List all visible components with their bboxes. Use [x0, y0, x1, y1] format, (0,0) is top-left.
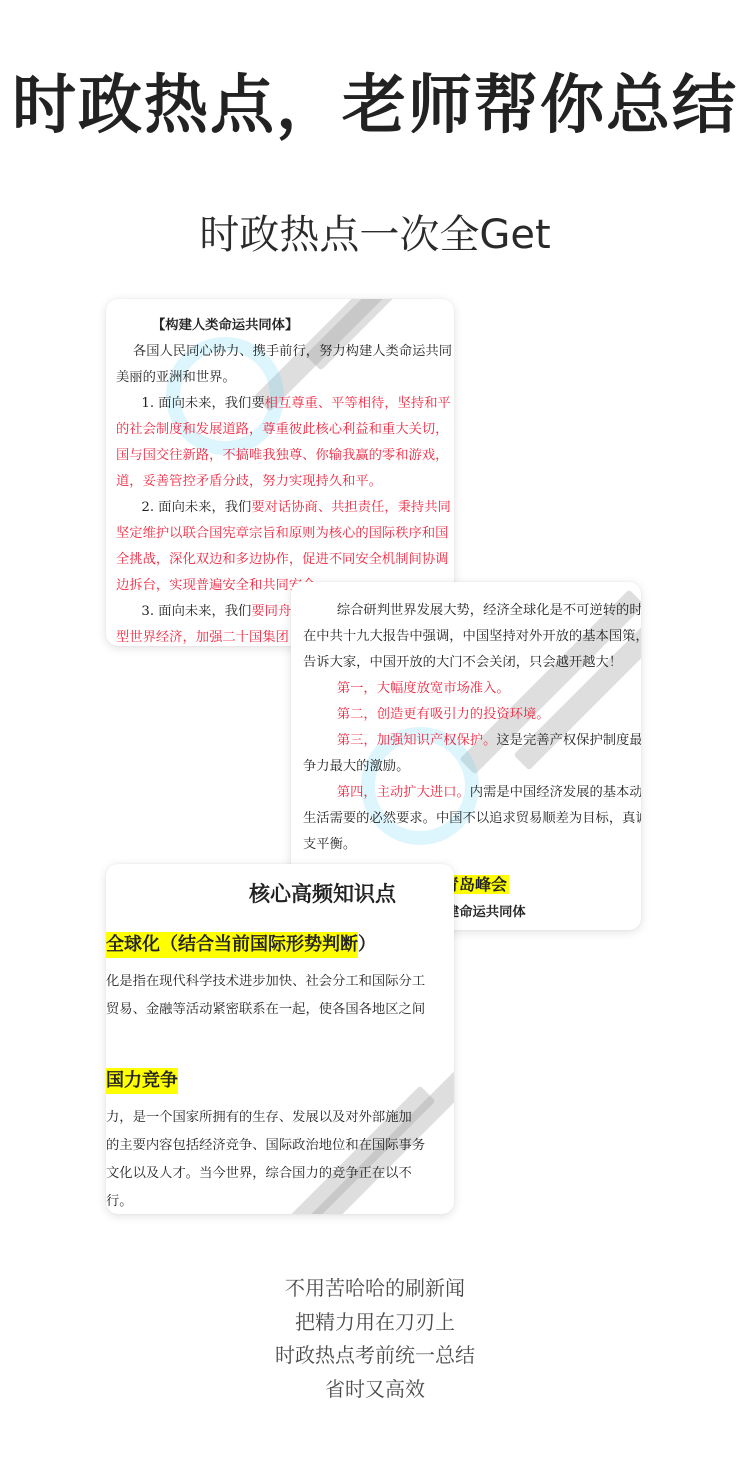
emphasis-text: 坚定维护以联合国宪章宗旨和原则为核心的国际秩序和国	[116, 526, 448, 541]
body-line: 文化以及人才。当今世界，综合国力的竞争正在以不	[106, 1160, 454, 1188]
card3-heading: 核心高频知识点	[106, 880, 454, 908]
emphasis-text: 道，妥善管控矛盾分歧，努力实现持久和平。	[116, 474, 382, 489]
doc-line: 生活需要的必然要求。中国不以追求贸易顺差为目标，真诚	[303, 806, 641, 832]
card1-title: 【构建人类命运共同体】	[116, 313, 454, 339]
body-text: 生活需要的必然要求。中国不以追求贸易顺差为目标，真诚	[303, 811, 641, 826]
doc-line: 争力最大的激励。	[303, 754, 641, 780]
card2-lines: 综合研判世界发展大势，经济全球化是不可逆转的时代在中共十九大报告中强调，中国坚持…	[303, 598, 641, 858]
emphasis-text: 相互尊重、平等相待，坚持和平	[265, 396, 451, 411]
topic-title-highlight: 全球化（结合当前国际形势判断	[106, 932, 358, 958]
page-headline: 时政热点，老师帮你总结	[0, 68, 750, 144]
emphasis-text: 第三，加强知识产权保护。	[303, 733, 496, 748]
body-line: 力，是一个国家所拥有的生存、发展以及对外部施加	[106, 1104, 454, 1132]
emphasis-text: 第一，大幅度放宽市场准入。	[303, 681, 510, 696]
doc-line: 全挑战，深化双边和多边协作，促进不同安全机制间协调	[116, 547, 454, 573]
doc-line: 美丽的亚洲和世界。	[116, 365, 454, 391]
body-text: 美丽的亚洲和世界。	[116, 370, 236, 385]
topic-title-tail: ）	[358, 932, 376, 958]
doc-line: 坚定维护以联合国宪章宗旨和原则为核心的国际秩序和国	[116, 521, 454, 547]
body-text: 在中共十九大报告中强调，中国坚持对外开放的基本国策，	[303, 629, 641, 644]
footer-line: 不用苦哈哈的刷新闻	[0, 1272, 750, 1306]
body-text: 综合研判世界发展大势，经济全球化是不可逆转的时代	[303, 603, 641, 618]
body-text: 3. 面向未来，我们	[116, 604, 251, 619]
doc-line: 综合研判世界发展大势，经济全球化是不可逆转的时代	[303, 598, 641, 624]
doc-line: 第四，主动扩大进口。内需是中国经济发展的基本动力	[303, 780, 641, 806]
topic-globalization: 全球化（结合当前国际形势判断）	[106, 932, 454, 958]
body-line: 化是指在现代科学技术进步加快、社会分工和国际分工	[106, 968, 454, 996]
doc-line: 告诉大家，中国开放的大门不会关闭，只会越开越大！	[303, 650, 641, 676]
emphasis-text: 第四，主动扩大进口。	[303, 785, 470, 800]
doc-line: 第三，加强知识产权保护。这是完善产权保护制度最重	[303, 728, 641, 754]
topic1-body: 化是指在现代科学技术进步加快、社会分工和国际分工 贸易、金融等活动紧密联系在一起…	[106, 968, 454, 1024]
doc-line: 在中共十九大报告中强调，中国坚持对外开放的基本国策，	[303, 624, 641, 650]
body-text: 2. 面向未来，我们	[116, 500, 251, 515]
emphasis-text: 国与国交往新路，不搞唯我独尊、你输我赢的零和游戏，	[116, 448, 448, 463]
card3-content: 核心高频知识点 全球化（结合当前国际形势判断） 化是指在现代科学技术进步加快、社…	[106, 864, 454, 1214]
footer-line: 把精力用在刀刃上	[0, 1306, 750, 1340]
notes-card-key-points: 核心高频知识点 全球化（结合当前国际形势判断） 化是指在现代科学技术进步加快、社…	[106, 864, 454, 1214]
body-text: 支平衡。	[303, 837, 356, 852]
topic2-body: 力，是一个国家所拥有的生存、发展以及对外部施加 的主要内容包括经济竞争、国际政治…	[106, 1104, 454, 1214]
body-text: 这是完善产权保护制度最重	[496, 733, 641, 748]
body-text: 告诉大家，中国开放的大门不会关闭，只会越开越大！	[303, 655, 622, 670]
doc-line: 道，妥善管控矛盾分歧，努力实现持久和平。	[116, 469, 454, 495]
doc-line: 第一，大幅度放宽市场准入。	[303, 676, 641, 702]
body-line: 贸易、金融等活动紧密联系在一起，使各国各地区之间	[106, 996, 454, 1024]
body-text: 1. 面向未来，我们要	[116, 396, 265, 411]
doc-line: 国与国交往新路，不搞唯我独尊、你输我赢的零和游戏，	[116, 443, 454, 469]
emphasis-text: 全挑战，深化双边和多边协作，促进不同安全机制间协调	[116, 552, 448, 567]
footer-slogan: 不用苦哈哈的刷新闻 把精力用在刀刃上 时政热点考前统一总结 省时又高效	[0, 1272, 750, 1406]
emphasis-text: 要对话协商、共担责任，秉持共同	[251, 500, 450, 515]
doc-line: 第二，创造更有吸引力的投资环境。	[303, 702, 641, 728]
emphasis-text: 的社会制度和发展道路，尊重彼此核心利益和重大关切，	[116, 422, 448, 437]
footer-line: 省时又高效	[0, 1373, 750, 1407]
body-text: 内需是中国经济发展的基本动力	[470, 785, 641, 800]
doc-line: 1. 面向未来，我们要相互尊重、平等相待，坚持和平	[116, 391, 454, 417]
emphasis-text: 第二，创造更有吸引力的投资环境。	[303, 707, 550, 722]
body-line: 的主要内容包括经济竞争、国际政治地位和在国际事务	[106, 1132, 454, 1160]
doc-line: 2. 面向未来，我们要对话协商、共担责任，秉持共同	[116, 495, 454, 521]
page-subheadline: 时政热点一次全Get	[0, 210, 750, 260]
footer-line: 时政热点考前统一总结	[0, 1339, 750, 1373]
doc-line: 各国人民同心协力、携手前行，努力构建人类命运共同	[116, 339, 454, 365]
topic-title-highlight: 国力竞争	[106, 1068, 178, 1094]
body-text: 争力最大的激励。	[303, 759, 409, 774]
topic-national-power: 国力竞争	[106, 1068, 454, 1094]
emphasis-text: 型世界经济，加强二十国集团	[116, 630, 289, 645]
body-text: 各国人民同心协力、携手前行，努力构建人类命运共同	[116, 344, 452, 359]
doc-line: 支平衡。	[303, 832, 641, 858]
body-line: 行。	[106, 1188, 454, 1214]
doc-line: 的社会制度和发展道路，尊重彼此核心利益和重大关切，	[116, 417, 454, 443]
